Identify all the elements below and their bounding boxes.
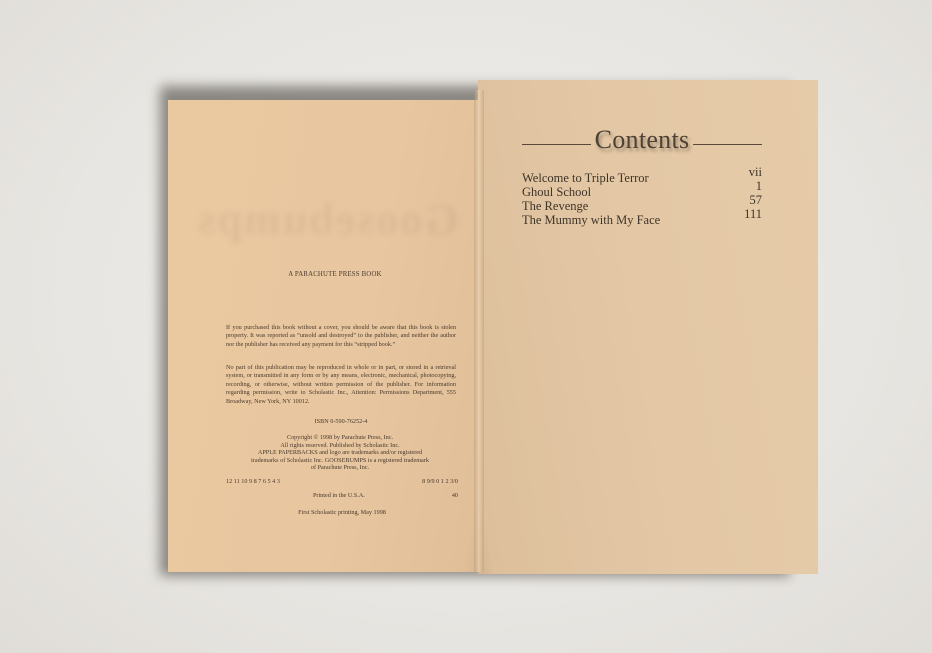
print-run-right: 8 9/9 0 1 2 3/0 [422,478,458,486]
toc-entry-page: 111 [744,207,762,222]
first-printing: First Scholastic printing, May 1998 [226,509,458,517]
stripped-book-notice: If you purchased this book without a cov… [226,324,456,349]
rights-notice: No part of this publication may be repro… [226,364,456,406]
toc-entry-page: vii [749,165,762,180]
heading-rule-right [693,144,762,145]
toc-entry-page: 1 [756,179,762,194]
copyright-block: Copyright © 1998 by Parachute Press, Inc… [220,434,460,472]
contents-heading-text: Contents [591,125,694,155]
toc-entry-title: The Mummy with My Face [522,213,660,228]
print-run-line: 12 11 10 9 8 7 6 5 4 3 8 9/9 0 1 2 3/0 [226,478,458,486]
printed-code: 40 [452,492,458,500]
printed-in: Printed in the U.S.A. [226,492,452,500]
imprint-line: A PARACHUTE PRESS BOOK [220,271,450,279]
toc-entry: The Revenge 57 [522,193,762,207]
copyright-line: Copyright © 1998 by Parachute Press, Inc… [220,434,460,442]
contents-heading: Contents [522,125,762,155]
toc-entry-page: 57 [750,193,763,208]
table-of-contents: Welcome to Triple Terror vii Ghoul Schoo… [522,165,762,221]
print-run-left: 12 11 10 9 8 7 6 5 4 3 [226,478,280,486]
book-spine-gutter [474,90,484,572]
copyright-line: of Parachute Press, Inc. [220,464,460,472]
printed-line: Printed in the U.S.A. 40 [226,492,458,500]
heading-rule-left [522,144,591,145]
copyright-line: APPLE PAPERBACKS and logo are trademarks… [220,449,460,457]
copyright-line: trademarks of Scholastic Inc. GOOSEBUMPS… [220,457,460,465]
toc-entry: Welcome to Triple Terror vii [522,165,762,179]
show-through-title: Goosebumps [195,185,460,255]
toc-entry: The Mummy with My Face 111 [522,207,762,221]
copyright-line: All rights reserved. Published by Schola… [220,442,460,450]
toc-entry: Ghoul School 1 [522,179,762,193]
isbn: ISBN 0-590-76252-4 [226,418,456,426]
